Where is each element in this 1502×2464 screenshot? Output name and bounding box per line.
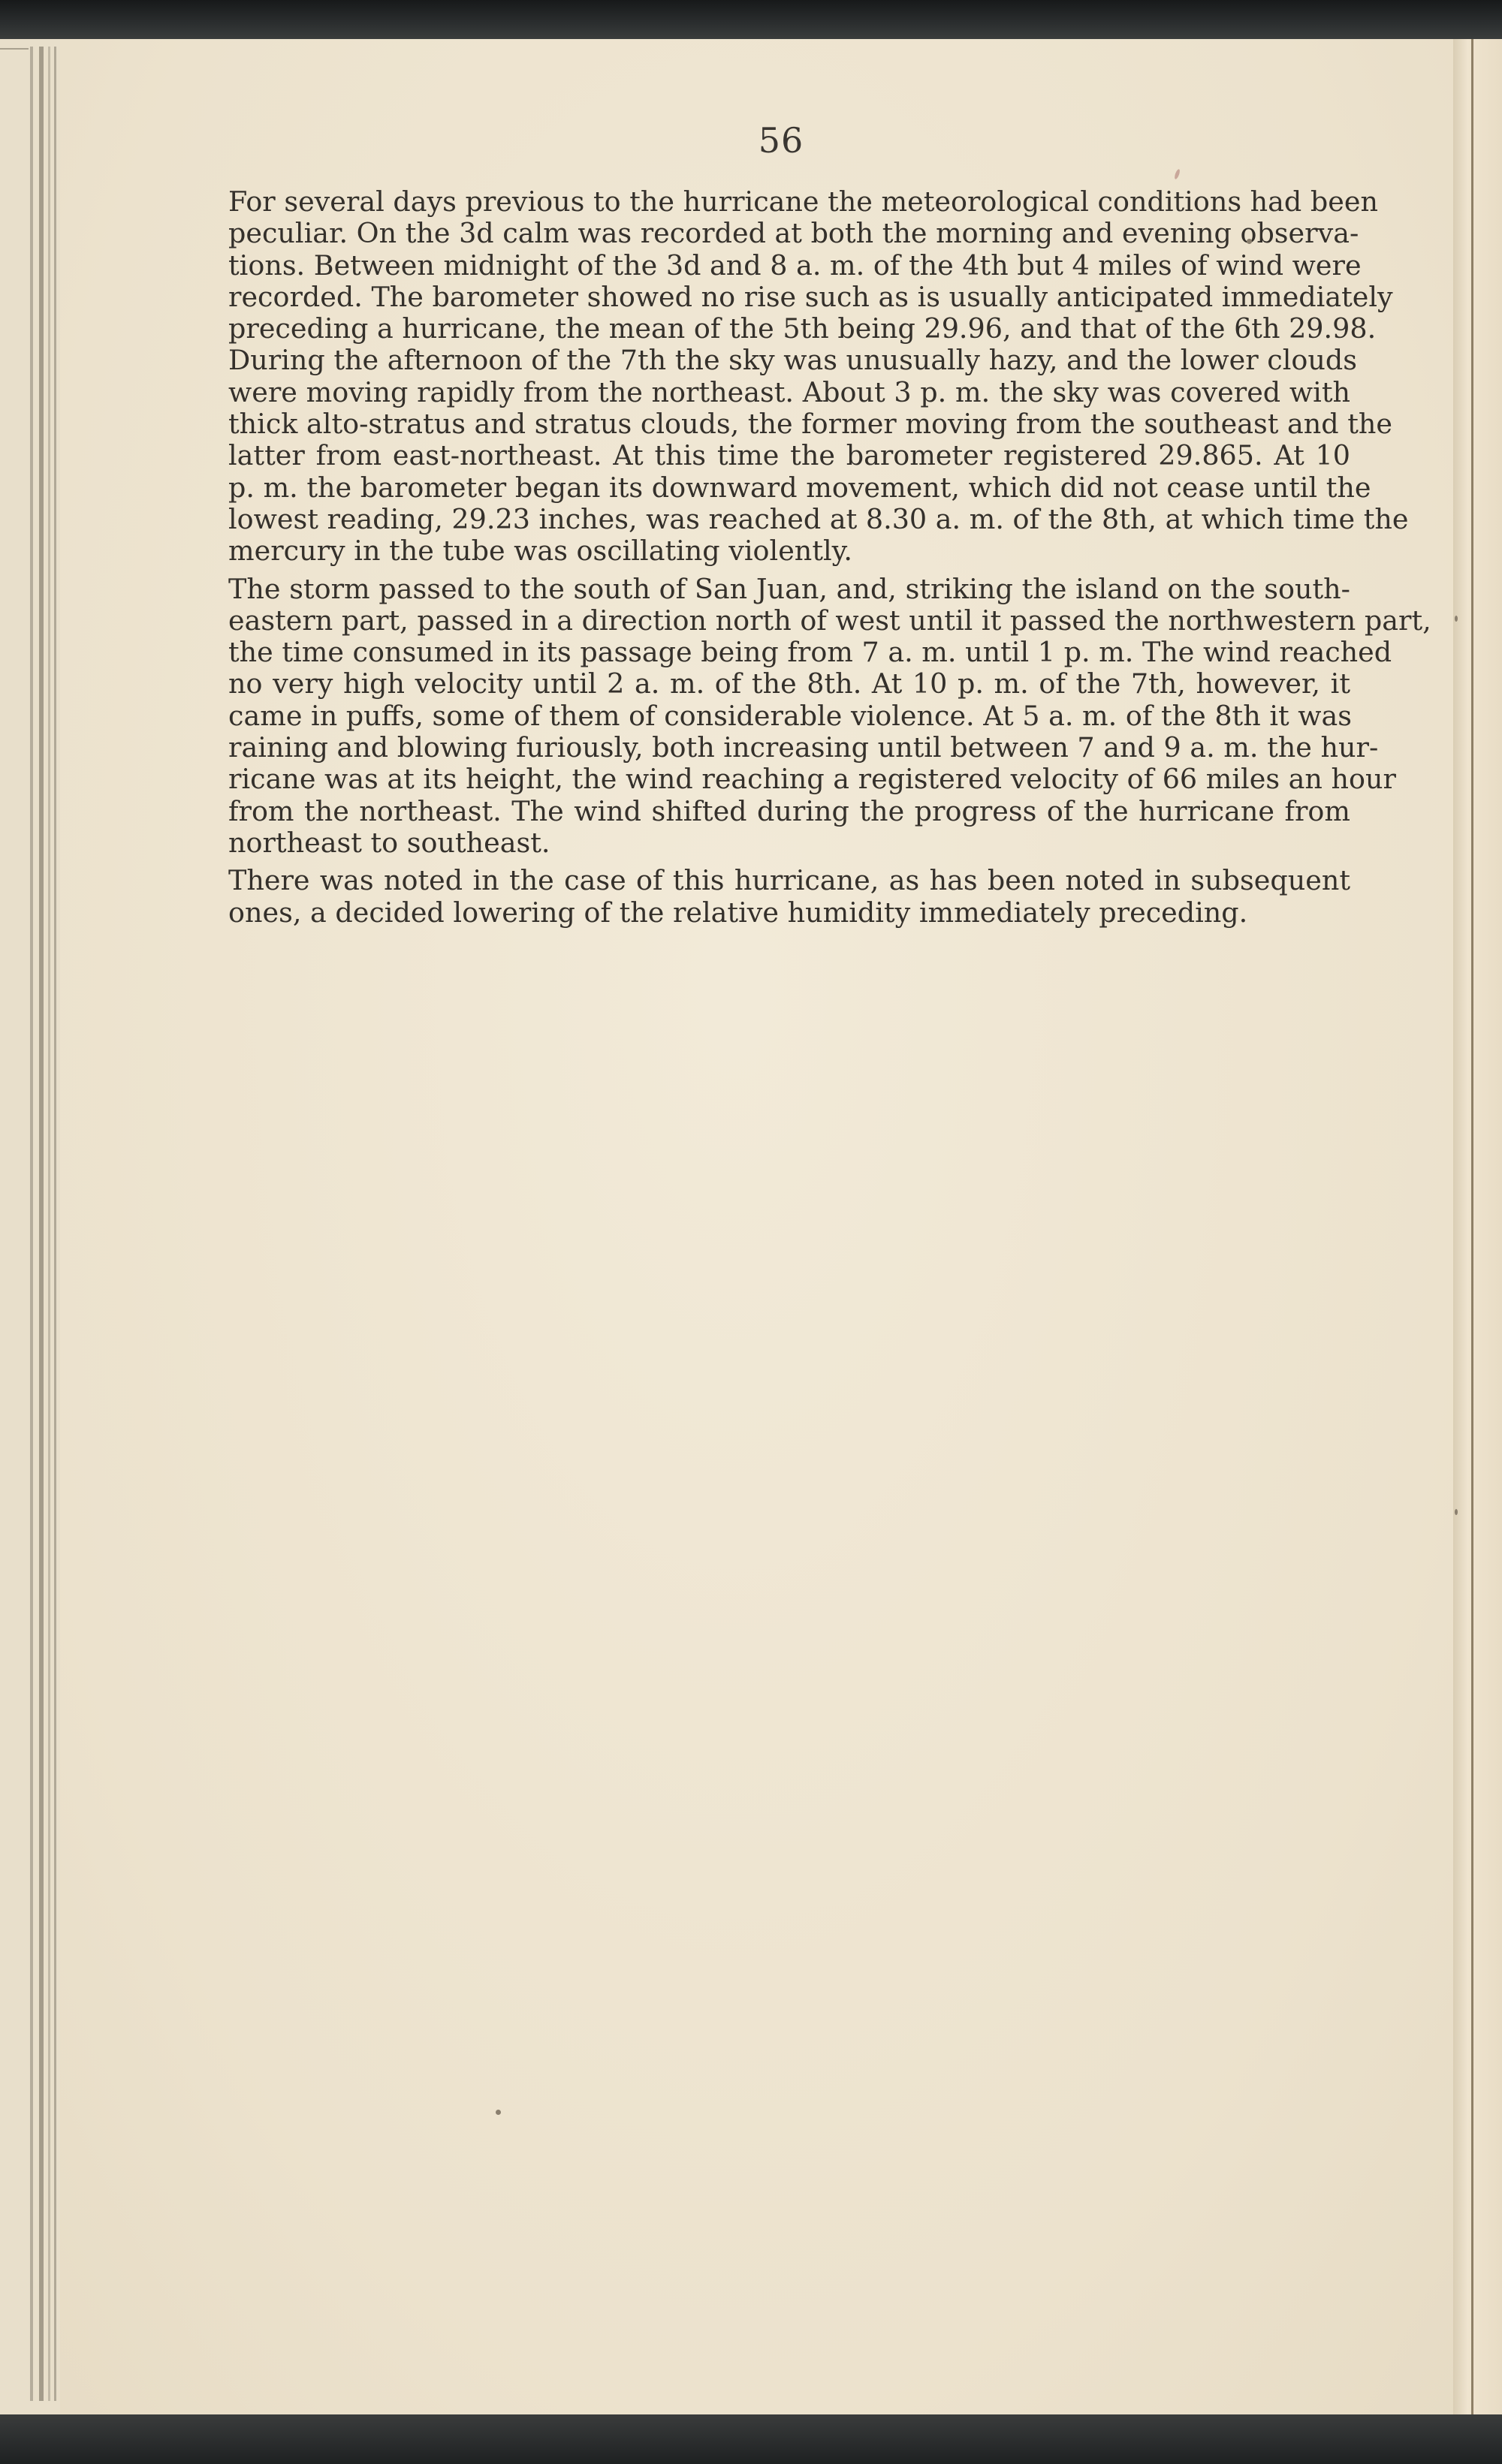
text-line: eastern part, passed in a direction nort… <box>201 605 1350 637</box>
gutter-fold-line <box>1471 39 1473 2416</box>
paper-speck <box>1455 1509 1458 1515</box>
text-line: recorded. The barometer showed no rise s… <box>201 282 1350 313</box>
binding-rule <box>30 47 33 2401</box>
binding-rule <box>48 47 50 2401</box>
text-line: lowest reading, 29.23 inches, was reache… <box>201 504 1350 535</box>
text-line: were moving rapidly from the northeast. … <box>201 377 1350 408</box>
text-line: the time consumed in its passage being f… <box>201 637 1350 668</box>
text-line: northeast to southeast. <box>201 827 1350 859</box>
binding-edge <box>0 39 60 2416</box>
paper-speck <box>1455 616 1458 622</box>
text-line: There was noted in the case of this hurr… <box>201 865 1350 896</box>
paragraph: The storm passed to the south of San Jua… <box>201 574 1350 860</box>
text-line: came in puffs, some of them of considera… <box>201 700 1350 732</box>
book-cover-bottom-edge <box>0 2414 1502 2464</box>
binding-rule <box>39 47 44 2401</box>
paragraph: There was noted in the case of this hurr… <box>201 865 1350 929</box>
text-line: no very high velocity until 2 a. m. of t… <box>201 668 1350 700</box>
text-line: mercury in the tube was oscillating viol… <box>201 535 1350 567</box>
text-line: For several days previous to the hurrica… <box>201 186 1350 218</box>
binding-rule <box>54 47 56 2401</box>
text-line: ones, a decided lowering of the relative… <box>201 897 1350 929</box>
book-cover-top-edge <box>0 0 1502 39</box>
text-line: raining and blowing furiously, both incr… <box>201 732 1350 764</box>
body-text: For several days previous to the hurrica… <box>201 186 1350 935</box>
text-line: latter from east-northeast. At this time… <box>201 440 1350 471</box>
text-line: peculiar. On the 3d calm was recorded at… <box>201 218 1350 249</box>
text-line: During the afternoon of the 7th the sky … <box>201 345 1350 376</box>
text-line: preceding a hurricane, the mean of the 5… <box>201 313 1350 345</box>
paper-speck <box>496 2110 501 2115</box>
text-line: tions. Between midnight of the 3d and 8 … <box>201 250 1350 282</box>
binding-tick <box>0 48 29 50</box>
text-line: p. m. the barometer began its downward m… <box>201 472 1350 504</box>
page-fold-edge <box>1453 39 1502 2416</box>
page-number: 56 <box>0 120 1502 161</box>
text-line: from the northeast. The wind shifted dur… <box>201 796 1350 827</box>
paragraph: For several days previous to the hurrica… <box>201 186 1350 568</box>
text-line: thick alto-stratus and stratus clouds, t… <box>201 408 1350 440</box>
text-line: The storm passed to the south of San Jua… <box>201 574 1350 605</box>
text-line: ricane was at its height, the wind reach… <box>201 764 1350 795</box>
paper-speck <box>1247 239 1252 244</box>
